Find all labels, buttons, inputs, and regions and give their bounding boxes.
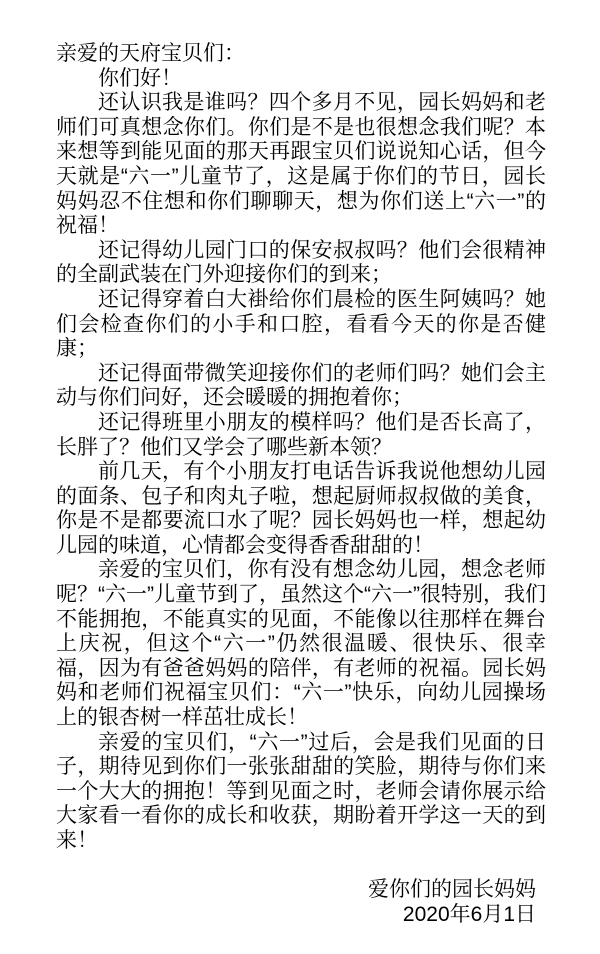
letter-paragraph: 还记得面带微笑迎接你们的老师们吗？她们会主动与你们问好，还会暖暖的拥抱着你； <box>56 362 546 411</box>
letter-paragraph: 前几天，有个小朋友打电话告诉我说他想幼儿园的面条、包子和肉丸子啦，想起厨师叔叔做… <box>56 460 546 558</box>
letter-paragraph: 还记得幼儿园门口的保安叔叔吗？他们会很精神的全副武装在门外迎接你们的到来； <box>56 239 546 288</box>
letter-paragraph: 你们好！ <box>56 67 546 92</box>
letter-paragraph: 还记得穿着白大褂给你们晨检的医生阿姨吗？她们会检查你们的小手和口腔，看看今天的你… <box>56 288 546 362</box>
letter-date: 2020年6月1日 <box>56 903 536 928</box>
letter-paragraph: 亲爱的宝贝们，“六一”过后，会是我们见面的日子，期待见到你们一张张甜甜的笑脸，期… <box>56 731 546 854</box>
signature-block: 爱你们的园长妈妈 2020年6月1日 <box>56 878 546 927</box>
letter-page: 亲爱的天府宝贝们： 你们好！ 还认识我是谁吗？四个多月不见，园长妈妈和老师们可真… <box>0 0 600 954</box>
letter-body: 亲爱的天府宝贝们： 你们好！ 还认识我是谁吗？四个多月不见，园长妈妈和老师们可真… <box>56 42 546 927</box>
letter-paragraph: 还记得班里小朋友的模样吗？他们是否长高了，长胖了？他们又学会了哪些新本领？ <box>56 411 546 460</box>
letter-paragraph: 亲爱的宝贝们，你有没有想念幼儿园，想念老师呢？“六一”儿童节到了，虽然这个“六一… <box>56 558 546 730</box>
letter-paragraph: 还认识我是谁吗？四个多月不见，园长妈妈和老师们可真想念你们。你们是不是也很想念我… <box>56 91 546 239</box>
letter-salutation: 亲爱的天府宝贝们： <box>56 42 546 67</box>
letter-signature: 爱你们的园长妈妈 <box>56 878 536 903</box>
